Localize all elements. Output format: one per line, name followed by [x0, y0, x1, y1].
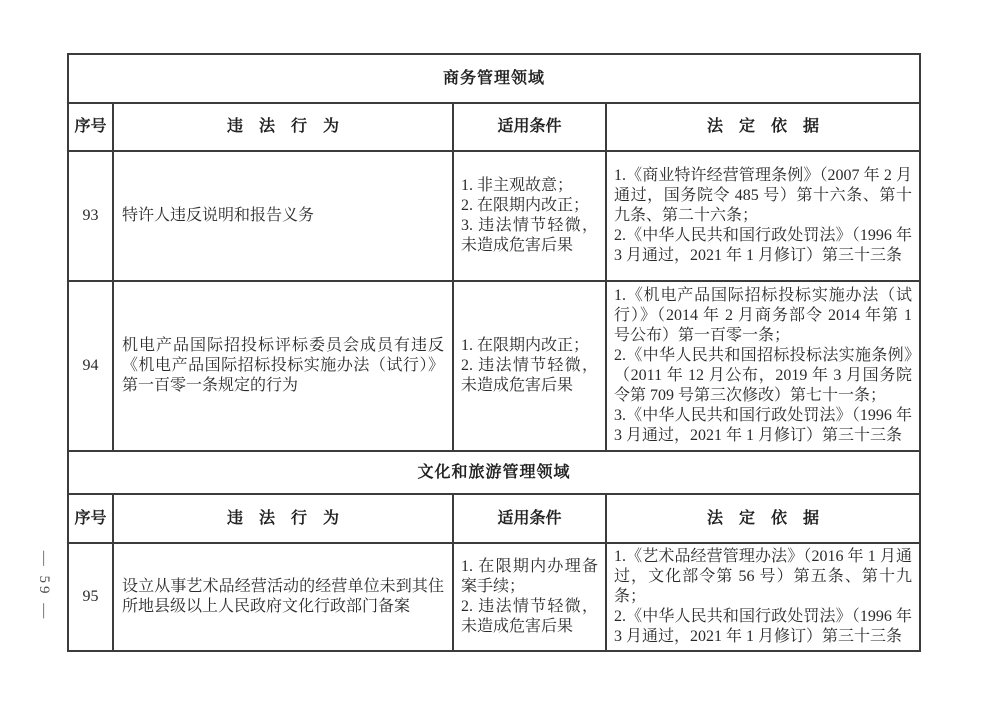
basis-item: 2.《中华人民共和国招标投标法实施条例》（2011 年 12 月公布，2019 …: [614, 346, 912, 406]
basis-item: 1.《艺术品经营管理办法》（2016 年 1 月通过，文化部令第 56 号）第五…: [614, 547, 912, 607]
condition-item: 2. 违法情节轻微，未造成危害后果: [461, 597, 598, 637]
row-number-cell: 95: [68, 543, 113, 651]
basis-item: 2.《中华人民共和国行政处罚法》（1996 年 3 月通过，2021 年 1 月…: [614, 226, 912, 266]
col-header-conditions: 适用条件: [453, 103, 606, 151]
column-header-row: 序号 违 法 行 为 适用条件 法 定 依 据: [68, 103, 920, 151]
basis-cell: 1.《机电产品国际招标投标实施办法（试行）》（2014 年 2 月商务部令 20…: [606, 281, 920, 451]
row-number-cell: 94: [68, 281, 113, 451]
col-header-behavior: 违 法 行 为: [113, 103, 453, 151]
column-header-row: 序号 违 法 行 为 适用条件 法 定 依 据: [68, 494, 920, 543]
section-title-row: 商务管理领域: [68, 54, 920, 103]
condition-item: 2. 在限期内改正；: [461, 196, 598, 216]
behavior-cell: 机电产品国际招投标评标委员会成员有违反《机电产品国际招标投标实施办法（试行）》第…: [113, 281, 453, 451]
condition-item: 1. 在限期内办理备案手续；: [461, 557, 598, 597]
basis-item: 1.《机电产品国际招标投标实施办法（试行）》（2014 年 2 月商务部令 20…: [614, 286, 912, 346]
condition-item: 3. 违法情节轻微，未造成危害后果: [461, 216, 598, 256]
basis-item: 3.《中华人民共和国行政处罚法》（1996 年 3 月通过，2021 年 1 月…: [614, 406, 912, 446]
table-row-94: 94 机电产品国际招投标评标委员会成员有违反《机电产品国际招标投标实施办法（试行…: [68, 281, 920, 451]
col-header-behavior: 违 法 行 为: [113, 494, 453, 543]
col-header-no: 序号: [68, 494, 113, 543]
conditions-cell: 1. 非主观故意； 2. 在限期内改正； 3. 违法情节轻微，未造成危害后果: [453, 151, 606, 281]
page-number: — 59 —: [32, 536, 52, 636]
conditions-cell: 1. 在限期内办理备案手续； 2. 违法情节轻微，未造成危害后果: [453, 543, 606, 651]
basis-cell: 1.《艺术品经营管理办法》（2016 年 1 月通过，文化部令第 56 号）第五…: [606, 543, 920, 651]
condition-item: 2. 违法情节轻微，未造成危害后果: [461, 356, 598, 396]
section-title-business: 商务管理领域: [68, 54, 920, 103]
regulation-table: 商务管理领域 序号 违 法 行 为 适用条件 法 定 依 据 93 特许人违反说…: [67, 53, 921, 652]
col-header-conditions: 适用条件: [453, 494, 606, 543]
section-title-row: 文化和旅游管理领域: [68, 451, 920, 494]
section-title-culture-tourism: 文化和旅游管理领域: [68, 451, 920, 494]
table-row-95: 95 设立从事艺术品经营活动的经营单位未到其住所地县级以上人民政府文化行政部门备…: [68, 543, 920, 651]
basis-cell: 1.《商业特许经营管理条例》（2007 年 2 月通过，国务院令 485 号）第…: [606, 151, 920, 281]
basis-item: 1.《商业特许经营管理条例》（2007 年 2 月通过，国务院令 485 号）第…: [614, 166, 912, 226]
behavior-cell: 特许人违反说明和报告义务: [113, 151, 453, 281]
document-page: — 59 — 商务管理领域 序号 违 法 行 为 适用条件 法 定 依 据 93…: [0, 0, 999, 709]
col-header-no: 序号: [68, 103, 113, 151]
col-header-basis: 法 定 依 据: [606, 494, 920, 543]
behavior-cell: 设立从事艺术品经营活动的经营单位未到其住所地县级以上人民政府文化行政部门备案: [113, 543, 453, 651]
basis-item: 2.《中华人民共和国行政处罚法》（1996 年 3 月通过，2021 年 1 月…: [614, 607, 912, 647]
condition-item: 1. 在限期内改正；: [461, 336, 598, 356]
table-row-93: 93 特许人违反说明和报告义务 1. 非主观故意； 2. 在限期内改正； 3. …: [68, 151, 920, 281]
row-number-cell: 93: [68, 151, 113, 281]
conditions-cell: 1. 在限期内改正； 2. 违法情节轻微，未造成危害后果: [453, 281, 606, 451]
col-header-basis: 法 定 依 据: [606, 103, 920, 151]
condition-item: 1. 非主观故意；: [461, 176, 598, 196]
